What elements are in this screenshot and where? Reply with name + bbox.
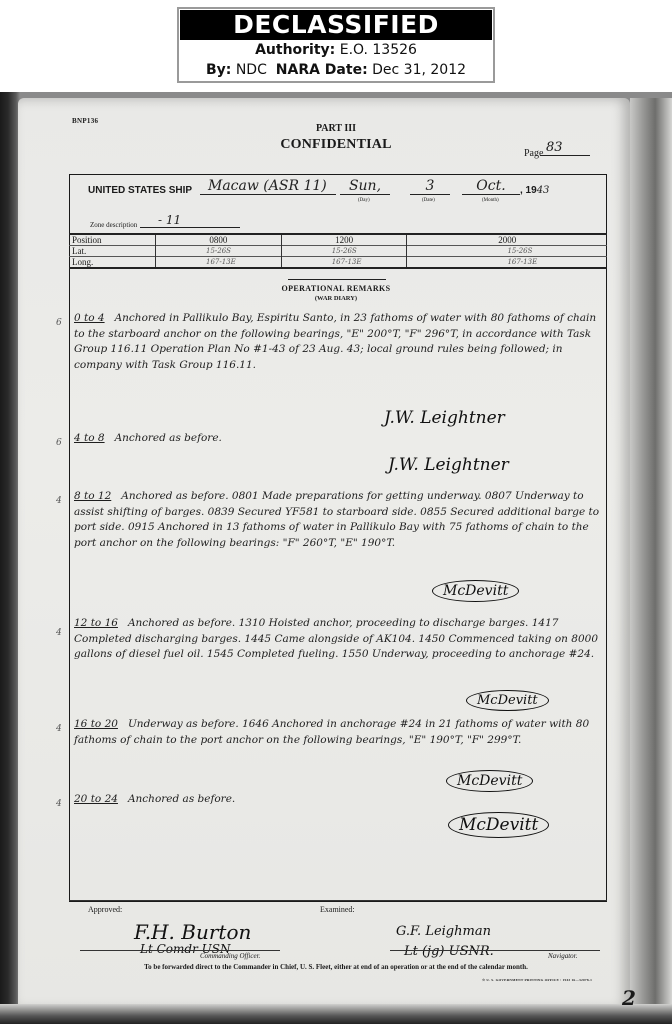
entry-text: Anchored as before.	[128, 793, 235, 805]
zone-label: Zone description	[90, 221, 137, 229]
log-entry: 20 to 24Anchored as before.	[74, 792, 602, 808]
long-1200: 167-13E	[281, 257, 407, 269]
signature: J.W. Leightner	[384, 408, 505, 428]
long-row: Long. 167-13E 167-13E 167-13E	[69, 257, 607, 269]
paper-edge	[630, 98, 672, 1024]
signature: J.W. Leightner	[388, 455, 509, 475]
entry-text: Anchored in Pallikulo Bay, Espiritu Sant…	[74, 312, 596, 371]
co-caption: Commanding Officer.	[200, 952, 260, 960]
stamp-authority: Authority: E.O. 13526	[179, 40, 493, 60]
lat-row: Lat. 15-26S 15-26S 15-26S	[69, 246, 607, 257]
stamp-by-date: By: NDC NARA Date: Dec 31, 2012	[179, 60, 493, 80]
declassified-stamp: DECLASSIFIED Authority: E.O. 13526 By: N…	[177, 7, 495, 83]
signature: McDevitt	[448, 812, 549, 838]
margin-mark: 6	[56, 438, 62, 448]
co-signature-line	[80, 950, 280, 951]
lat-label: Lat.	[69, 246, 156, 257]
watch-period: 4 to 8	[74, 432, 105, 444]
navigator-caption: Navigator.	[548, 952, 577, 960]
signature: McDevitt	[432, 580, 519, 602]
co-signature: F.H. Burton	[134, 920, 251, 944]
footer-divider	[69, 900, 607, 901]
navigator-rank: Lt (jg) USNR.	[404, 944, 494, 959]
long-2000: 167-13E	[407, 257, 607, 269]
margin-mark: 4	[56, 628, 62, 638]
ship-day: Sun,	[340, 178, 390, 195]
log-entry: 16 to 20Underway as before. 1646 Anchore…	[74, 717, 602, 748]
entry-text: Anchored as before. 0801 Made preparatio…	[74, 490, 599, 549]
margin-mark: 6	[56, 318, 62, 328]
navigator-signature-line	[390, 950, 600, 951]
log-entry: 8 to 12Anchored as before. 0801 Made pre…	[74, 489, 602, 551]
examined-label: Examined:	[320, 905, 355, 914]
ship-month: Oct.	[462, 178, 520, 195]
forwarding-note: To be forwarded direct to the Commander …	[0, 963, 672, 971]
printer-imprint: ☆ U. S. GOVERNMENT PRINTING OFFICE : 194…	[482, 978, 592, 982]
position-table: Position 0800 1200 2000 Lat. 15-26S 15-2…	[69, 233, 607, 269]
log-entry: 0 to 4Anchored in Pallikulo Bay, Espirit…	[74, 311, 602, 373]
approved-label: Approved:	[88, 905, 122, 914]
entry-text: Anchored as before. 1310 Hoisted anchor,…	[74, 617, 598, 660]
ship-date: 3	[410, 178, 450, 195]
margin-mark: 4	[56, 496, 62, 506]
sheet-number: 2	[622, 986, 636, 1010]
month-caption: (Month)	[482, 198, 499, 203]
remarks-title: OPERATIONAL REMARKS	[0, 284, 672, 293]
long-label: Long.	[69, 257, 156, 269]
page-number: 83	[540, 140, 590, 156]
log-entry: 12 to 16Anchored as before. 1310 Hoisted…	[74, 616, 602, 663]
entry-text: Underway as before. 1646 Anchored in anc…	[74, 718, 589, 746]
watch-period: 12 to 16	[74, 617, 118, 629]
time-2000: 2000	[407, 234, 607, 246]
signature: McDevitt	[446, 770, 533, 792]
zone-value: - 11	[140, 213, 240, 228]
position-header: Position	[69, 234, 156, 246]
divider	[288, 279, 386, 280]
lat-2000: 15-26S	[407, 246, 607, 257]
position-header-row: Position 0800 1200 2000	[69, 234, 607, 246]
ship-name: Macaw (ASR 11)	[200, 178, 336, 195]
day-caption: (Day)	[358, 198, 370, 203]
remarks-subtitle: (WAR DIARY)	[0, 295, 672, 302]
log-entry: 4 to 8Anchored as before.	[74, 431, 602, 447]
watch-period: 0 to 4	[74, 312, 105, 324]
part-heading: PART III	[0, 123, 672, 134]
watch-period: 20 to 24	[74, 793, 118, 805]
scan-bottom-edge	[0, 1004, 672, 1024]
ship-year: , 1943	[520, 185, 549, 196]
navigator-signature: G.F. Leighman	[396, 924, 491, 939]
date-caption: (Date)	[422, 198, 435, 203]
long-0800: 167-13E	[156, 257, 282, 269]
time-0800: 0800	[156, 234, 282, 246]
entry-text: Anchored as before.	[115, 432, 222, 444]
signature: McDevitt	[466, 690, 549, 711]
ship-label: UNITED STATES SHIP	[88, 185, 192, 196]
time-1200: 1200	[281, 234, 407, 246]
lat-1200: 15-26S	[281, 246, 407, 257]
margin-mark: 4	[56, 799, 62, 809]
watch-period: 8 to 12	[74, 490, 111, 502]
lat-0800: 15-26S	[156, 246, 282, 257]
stamp-title: DECLASSIFIED	[180, 10, 492, 40]
margin-mark: 4	[56, 724, 62, 734]
watch-period: 16 to 20	[74, 718, 118, 730]
